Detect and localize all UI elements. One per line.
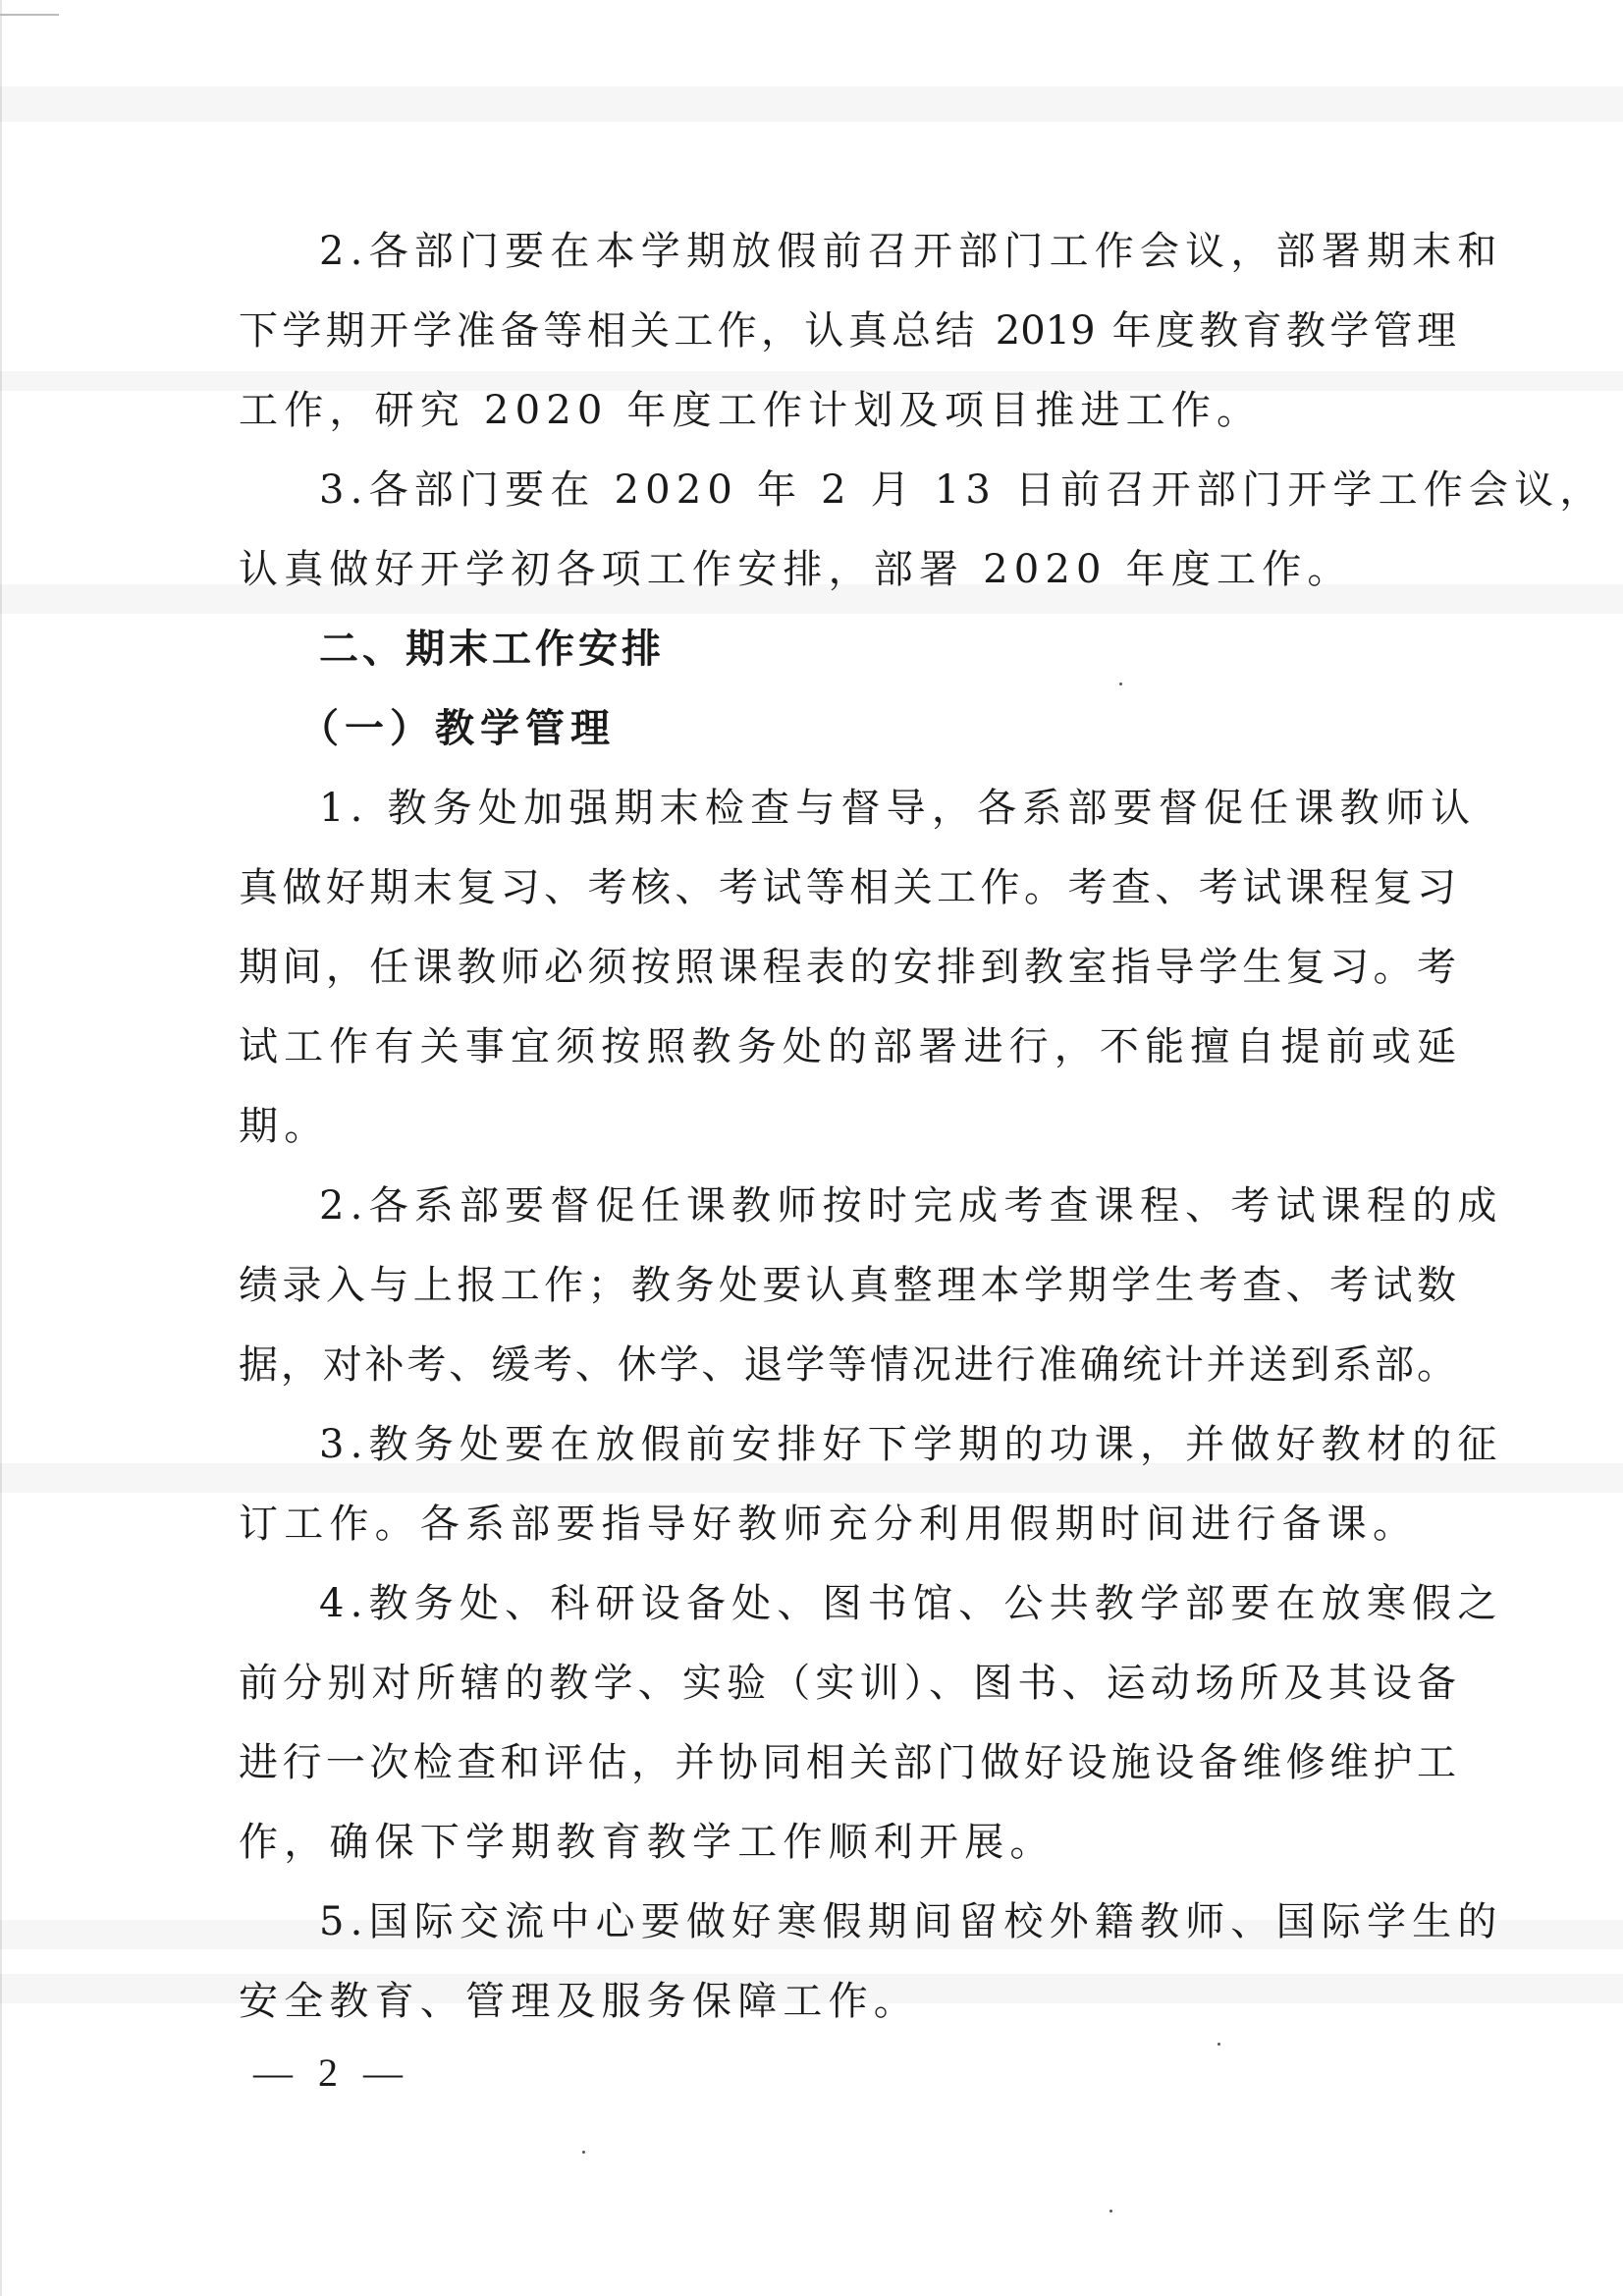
paragraph-line: 作，确保下学期教育教学工作顺利开展。 xyxy=(239,1815,1055,1870)
scan-speck xyxy=(1217,2043,1220,2046)
paragraph-line: 下学期开学准备等相关工作，认真总结 2019 年度教育教学管理 xyxy=(239,303,1456,358)
paragraph-line: 安全教育、管理及服务保障工作。 xyxy=(239,1974,919,2029)
paragraph-line: 4.教务处、科研设备处、图书馆、公共教学部要在放寒假之 xyxy=(239,1576,1503,1631)
paragraph-line: 认真做好开学初各项工作安排，部署 2020 年度工作。 xyxy=(239,542,1353,597)
scan-speck xyxy=(582,2151,585,2154)
paragraph-line: 试工作有关事宜须按照教务处的部署进行，不能擅自提前或延 xyxy=(239,1019,1456,1074)
paragraph-line: 3.各部门要在 2020 年 2 月 13 日前召开部门开学工作会议， xyxy=(239,463,1605,518)
paragraph-line: 真做好期末复习、考核、考试等相关工作。考查、考试课程复习 xyxy=(239,860,1456,915)
paragraph-line: 5.国际交流中心要做好寒假期间留校外籍教师、国际学生的 xyxy=(239,1894,1503,1949)
section-heading: 二、期末工作安排 xyxy=(239,622,665,677)
scan-speck xyxy=(1109,2210,1112,2213)
paragraph-line: 期间，任课教师必须按照课程表的安排到教室指导学生复习。考 xyxy=(239,940,1456,995)
paragraph-line: 工作，研究 2020 年度工作计划及项目推进工作。 xyxy=(239,383,1262,438)
paragraph-line: 订工作。各系部要指导好教师充分利用假期时间进行备课。 xyxy=(239,1497,1418,1552)
paragraph-line: 2.各部门要在本学期放假前召开部门工作会议，部署期末和 xyxy=(239,224,1503,279)
paragraph-line: 3.教务处要在放假前安排好下学期的功课，并做好教材的征 xyxy=(239,1417,1503,1472)
paragraph-line: 期。 xyxy=(239,1099,329,1154)
scan-artifact-line xyxy=(0,14,59,16)
subsection-heading: （一）教学管理 xyxy=(239,701,616,756)
page-number: — 2 — xyxy=(253,2049,410,2098)
scan-noise-band xyxy=(0,86,1623,122)
paragraph-line: 2.各系部要督促任课教师按时完成考查课程、考试课程的成 xyxy=(239,1178,1503,1233)
paragraph-line: 进行一次检查和评估，并协同相关部门做好设施设备维修维护工 xyxy=(239,1735,1456,1790)
paragraph-line: 1. 教务处加强期末检查与督导，各系部要督促任课教师认 xyxy=(239,781,1476,836)
paragraph-line: 据，对补考、缓考、休学、退学等情况进行准确统计并送到系部。 xyxy=(239,1338,1456,1393)
paragraph-line: 前分别对所辖的教学、实验（实训）、图书、运动场所及其设备 xyxy=(239,1656,1456,1711)
scan-page-edge xyxy=(0,0,2,2296)
scan-speck xyxy=(1119,683,1122,685)
paragraph-line: 绩录入与上报工作；教务处要认真整理本学期学生考查、考试数 xyxy=(239,1258,1456,1313)
